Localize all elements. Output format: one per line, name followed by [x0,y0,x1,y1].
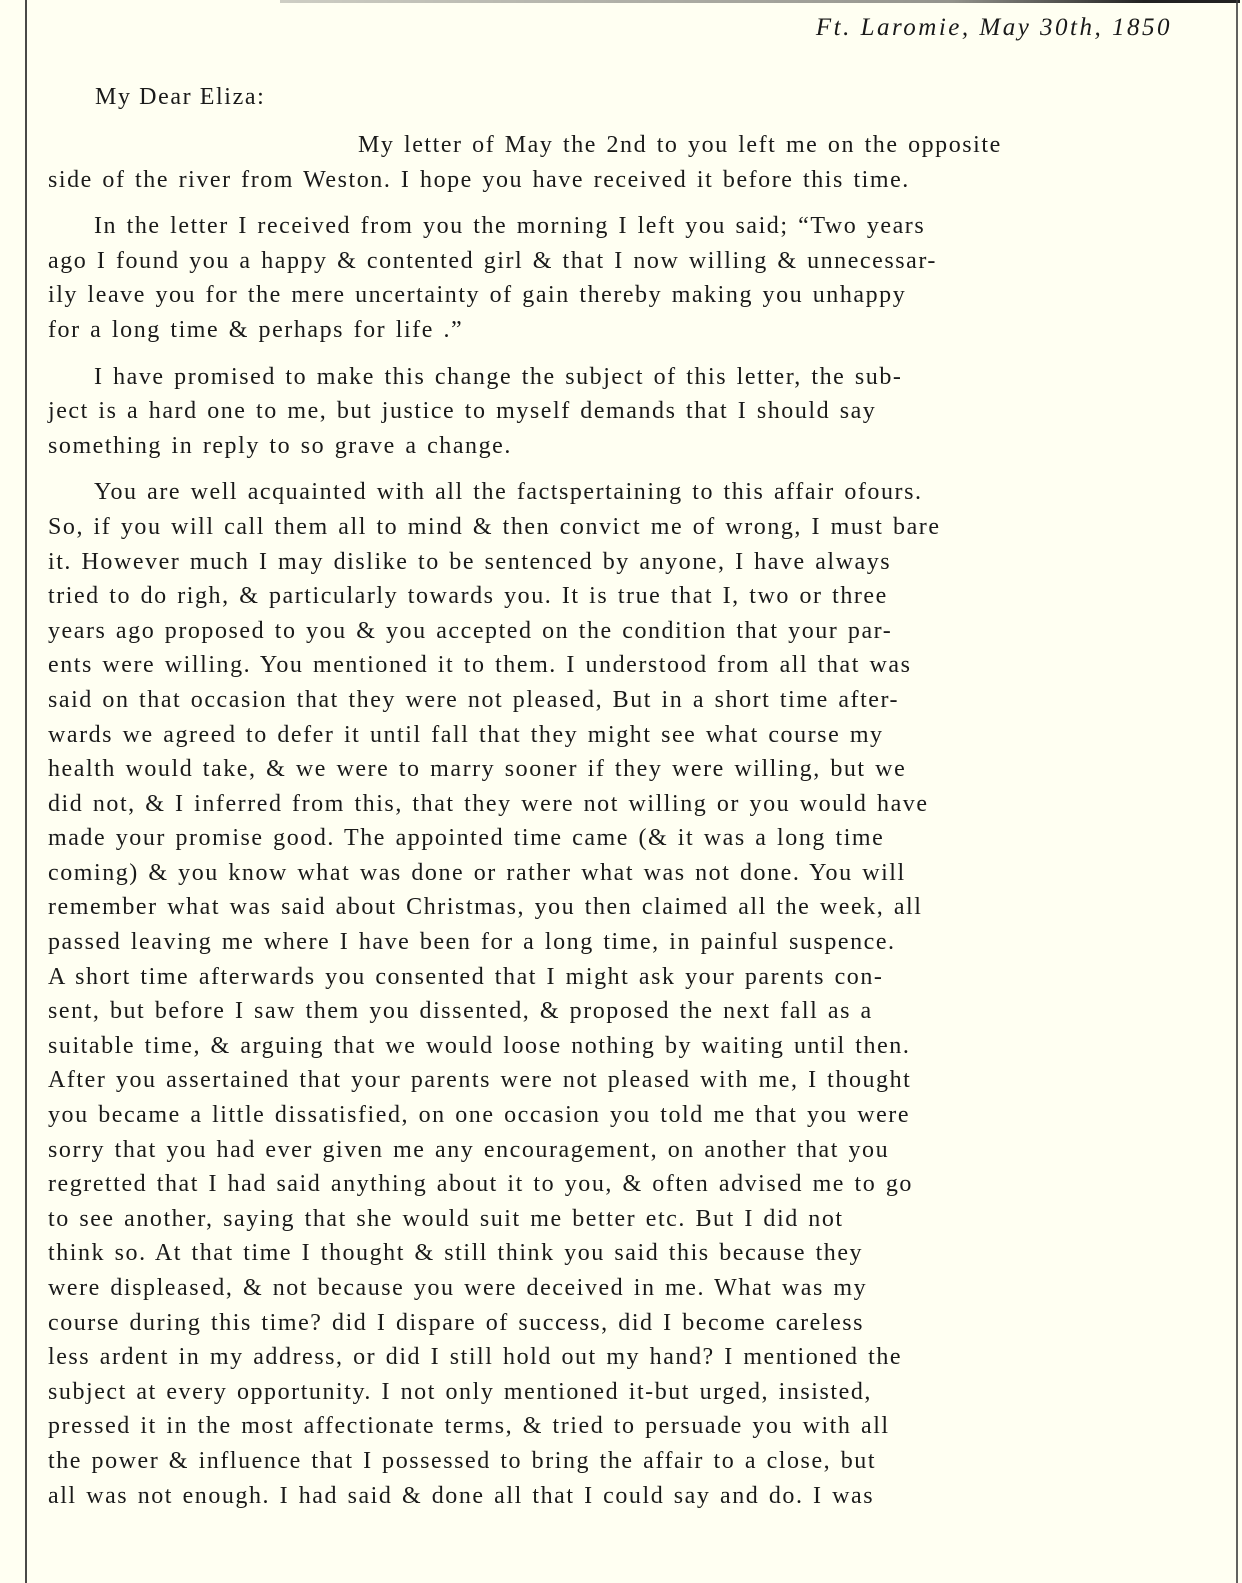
text-line: you became a little dissatisfied, on one… [48,1098,1208,1133]
text-line: for a long time & perhaps for life .” [48,313,1208,348]
text-line: course during this time? did I dispare o… [48,1306,1208,1341]
text-line: less ardent in my address, or did I stil… [48,1340,1208,1375]
text-line: think so. At that time I thought & still… [48,1236,1208,1271]
salutation: My Dear Eliza: [95,84,265,111]
text-line: sent, but before I saw them you dissente… [48,994,1208,1029]
text-line: were displeased, & not because you were … [48,1271,1208,1306]
text-line: After you assertained that your parents … [48,1063,1208,1098]
text-line: In the letter I received from you the mo… [48,209,1208,244]
top-edge-marks [280,0,1240,3]
text-line: ject is a hard one to me, but justice to… [48,394,1208,429]
text-line: So, if you will call them all to mind & … [48,510,1208,545]
left-border-line [25,0,27,1583]
text-line: My letter of May the 2nd to you left me … [48,128,1208,163]
text-line: did not, & I inferred from this, that th… [48,787,1208,822]
text-line: it. However much I may dislike to be sen… [48,545,1208,580]
text-line: years ago proposed to you & you accepted… [48,614,1208,649]
text-line: the power & influence that I possessed t… [48,1444,1208,1479]
text-line: pressed it in the most affectionate term… [48,1409,1208,1444]
letter-body: My letter of May the 2nd to you left me … [48,128,1208,1513]
text-line: subject at every opportunity. I not only… [48,1375,1208,1410]
text-line: side of the river from Weston. I hope yo… [48,163,1208,198]
text-line: wards we agreed to defer it until fall t… [48,718,1208,753]
text-line: I have promised to make this change the … [48,360,1208,395]
text-line: remember what was said about Christmas, … [48,890,1208,925]
right-border-line [1236,0,1238,1583]
paragraph-2: In the letter I received from you the mo… [48,209,1208,347]
text-line: tried to do righ, & particularly towards… [48,579,1208,614]
text-line: coming) & you know what was done or rath… [48,856,1208,891]
text-line: all was not enough. I had said & done al… [48,1479,1208,1514]
text-line: made your promise good. The appointed ti… [48,821,1208,856]
paragraph-4: You are well acquainted with all the fac… [48,475,1208,1513]
text-line: to see another, saying that she would su… [48,1202,1208,1237]
text-line: health would take, & we were to marry so… [48,752,1208,787]
text-line: regretted that I had said anything about… [48,1167,1208,1202]
text-line: suitable time, & arguing that we would l… [48,1029,1208,1064]
text-line: A short time afterwards you consented th… [48,960,1208,995]
text-line: something in reply to so grave a change. [48,429,1208,464]
dateline: Ft. Laromie, May 30th, 1850 [816,14,1172,42]
text-line: You are well acquainted with all the fac… [48,475,1208,510]
text-line: passed leaving me where I have been for … [48,925,1208,960]
paragraph-3: I have promised to make this change the … [48,360,1208,464]
text-line: ents were willing. You mentioned it to t… [48,648,1208,683]
text-line: sorry that you had ever given me any enc… [48,1133,1208,1168]
paragraph-1: My letter of May the 2nd to you left me … [48,128,1208,197]
letter-page: Ft. Laromie, May 30th, 1850 My Dear Eliz… [0,0,1242,1583]
text-line: said on that occasion that they were not… [48,683,1208,718]
text-line: ily leave you for the mere uncertainty o… [48,278,1208,313]
text-line: ago I found you a happy & contented girl… [48,244,1208,279]
